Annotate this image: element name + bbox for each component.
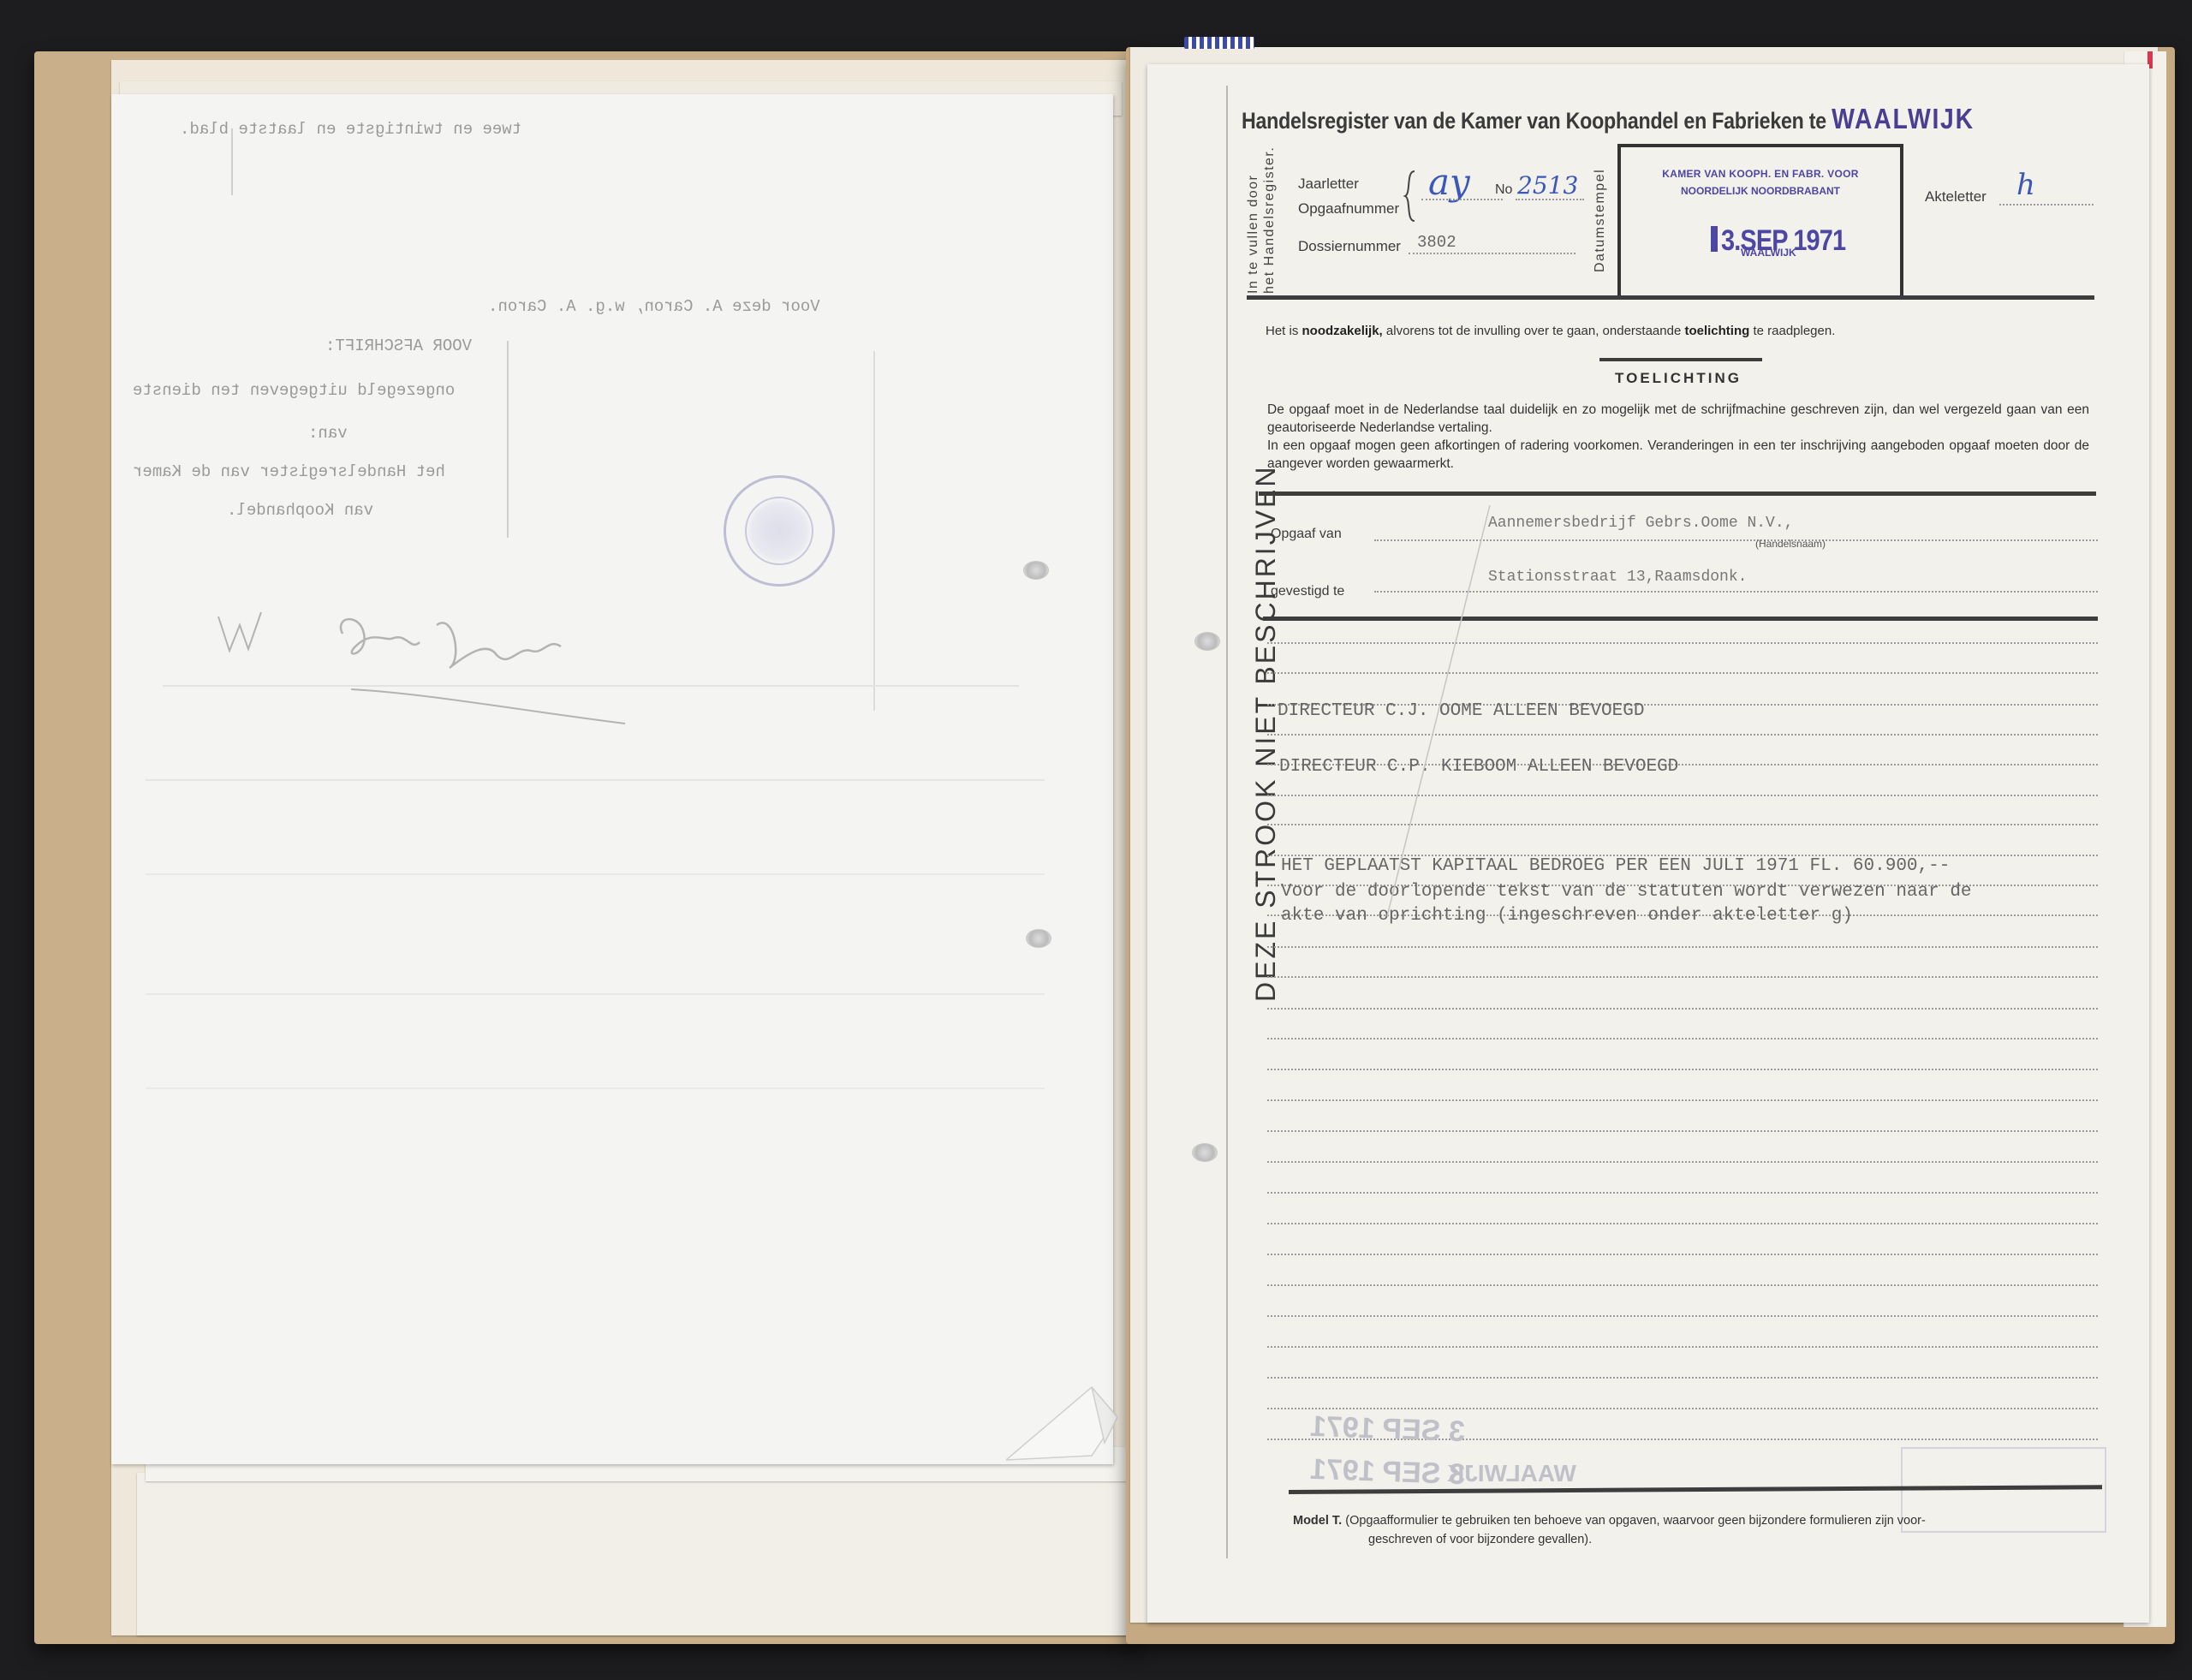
gevestigd-te-value: Stationsstraat 13,Raamsdonk.	[1488, 569, 1747, 586]
writing-line	[1267, 1099, 2098, 1101]
writing-line	[1267, 1284, 2098, 1286]
writing-line	[1267, 1254, 2098, 1255]
akteletter-label: Akteletter	[1925, 188, 1986, 206]
chamber-city: WAALWIJK	[1832, 103, 1975, 134]
opgaaf-van-value: Aannemersbedrijf Gebrs.Oome N.V.,	[1488, 515, 1793, 532]
opgaafnummer-value: 2513	[1517, 171, 1578, 200]
bleed-text-copy-line2: van:	[308, 424, 348, 443]
toelichting-paragraph-2: In een opgaaf mogen geen afkortingen of …	[1267, 437, 2089, 473]
writing-line	[1267, 1192, 2098, 1194]
left-page: twee en twintigste en laatste blad. Voor…	[111, 94, 1113, 1464]
writing-line	[1267, 1223, 2098, 1224]
number-prefix: No	[1495, 182, 1512, 198]
form-model-note: Model T. (Opgaafformulier te gebruiken t…	[1293, 1511, 2115, 1549]
header-rule	[1247, 295, 2094, 300]
bleed-text-copy-heading: VOOR AFSCHRIFT:	[325, 337, 472, 355]
bleed-rule	[146, 779, 1045, 781]
akteletter-value: h	[2016, 168, 2035, 202]
form-title: Handelsregister van de Kamer van Koophan…	[1242, 103, 1975, 135]
section-rule	[1259, 491, 2096, 496]
model-description: (Opgaafformulier te gebruiken ten behoev…	[1345, 1514, 1926, 1528]
stamp-city: WAALWIJK	[1741, 247, 1796, 259]
writing-line	[1267, 1161, 2098, 1163]
margin-mark	[231, 128, 233, 195]
side-label-line2: het Handelsregister.	[1262, 146, 1278, 294]
punch-hole	[1023, 561, 1049, 580]
bleed-text-copy-line4: van Koophandel.	[227, 501, 373, 520]
dossiernummer-field-line	[1409, 253, 1575, 254]
model-label: Model T.	[1293, 1514, 1342, 1528]
signature-icon	[325, 608, 642, 728]
margin-line-right	[873, 351, 875, 711]
jaarletter-field-line	[1421, 199, 1503, 200]
writing-line	[1267, 1377, 2098, 1379]
writing-line	[1267, 1069, 2098, 1070]
opgaafnummer-label: Opgaafnummer	[1298, 200, 1399, 217]
initials-icon	[214, 608, 283, 659]
writing-line	[1267, 946, 2098, 948]
copy-divider-line	[507, 341, 509, 538]
bleed-stamp-city: WAALWIJK	[1447, 1460, 1576, 1487]
binding-strip-line	[1226, 86, 1228, 1558]
side-label-line1: In te vullen door	[1246, 175, 1261, 294]
toelichting-heading: TOELICHTING	[1567, 370, 1790, 387]
toelichting-body: De opgaaf moet in de Nederlandse taal du…	[1267, 401, 2089, 473]
notary-seal-icon	[724, 475, 835, 587]
writing-line	[1267, 976, 2098, 978]
bleed-text-copy-line1: ongezegeld uitgegeven ten dienste	[133, 381, 455, 400]
bleed-rule	[163, 685, 1019, 687]
bleed-text-signatory: Voor deze A. Caron, w.g. A. Caron.	[488, 297, 820, 316]
bleed-stamp-date: 3 SEP 1971	[1309, 1453, 1465, 1492]
gevestigd-te-label: gevestigd te	[1271, 584, 1344, 599]
stamp-chamber-name: KAMER VAN KOOPH. EN FABR. VOOR	[1623, 168, 1897, 180]
writing-line	[1267, 1038, 2098, 1040]
toelichting-rule	[1599, 358, 1762, 361]
instruction-notice: Het is noodzakelijk, alvorens tot de inv…	[1266, 324, 1835, 338]
writing-line	[1267, 1315, 2098, 1317]
brace-icon	[1403, 170, 1420, 223]
bleed-rule	[146, 873, 1045, 875]
bleed-text-copy-line3: het Handelsregister van de Kamer	[133, 462, 445, 481]
writing-line	[1267, 1008, 2098, 1010]
bleed-rule	[146, 993, 1045, 995]
writing-line	[1267, 1130, 2098, 1132]
dossiernummer-value: 3802	[1417, 233, 1456, 252]
coat-of-arms-icon	[745, 497, 813, 565]
opgaaf-van-label: Opgaaf van	[1271, 527, 1342, 542]
punch-hole	[1026, 929, 1051, 948]
perforation-strip	[1184, 37, 1254, 49]
dossiernummer-label: Dossiernummer	[1298, 238, 1401, 255]
jaarletter-label: Jaarletter	[1298, 176, 1359, 193]
stamp-bracket-mark	[1711, 226, 1718, 252]
jaarletter-value: ay	[1428, 161, 1470, 203]
model-description-cont: geschreven of voor bijzondere gevallen).	[1293, 1530, 2115, 1549]
writing-line	[1267, 1408, 2098, 1409]
punch-hole	[1192, 1143, 1218, 1162]
body-line-statutes-2: akte van oprichting (ingeschreven onder …	[1281, 906, 1853, 926]
paper-stack-bottom-sheet	[137, 1473, 1139, 1635]
stamp-region: NOORDELIJK NOORDBRABANT	[1623, 185, 1897, 197]
opgaafnummer-field-line	[1516, 199, 1584, 200]
handelsnaam-hint: (Handelsnaam)	[1755, 538, 1826, 550]
writing-line	[1267, 1346, 2098, 1348]
bleed-rule	[146, 1087, 1045, 1089]
datumstempel-label: Datumstempel	[1593, 169, 1608, 272]
folded-corner-icon	[1006, 1370, 1117, 1464]
akteletter-field-line	[1999, 204, 2094, 206]
paper-crease	[1370, 505, 1498, 933]
toelichting-paragraph-1: De opgaaf moet in de Nederlandse taal du…	[1267, 401, 2089, 437]
bleed-stamp-date: 3 SEP 1971	[1309, 1410, 1465, 1449]
punch-hole	[1194, 632, 1220, 651]
